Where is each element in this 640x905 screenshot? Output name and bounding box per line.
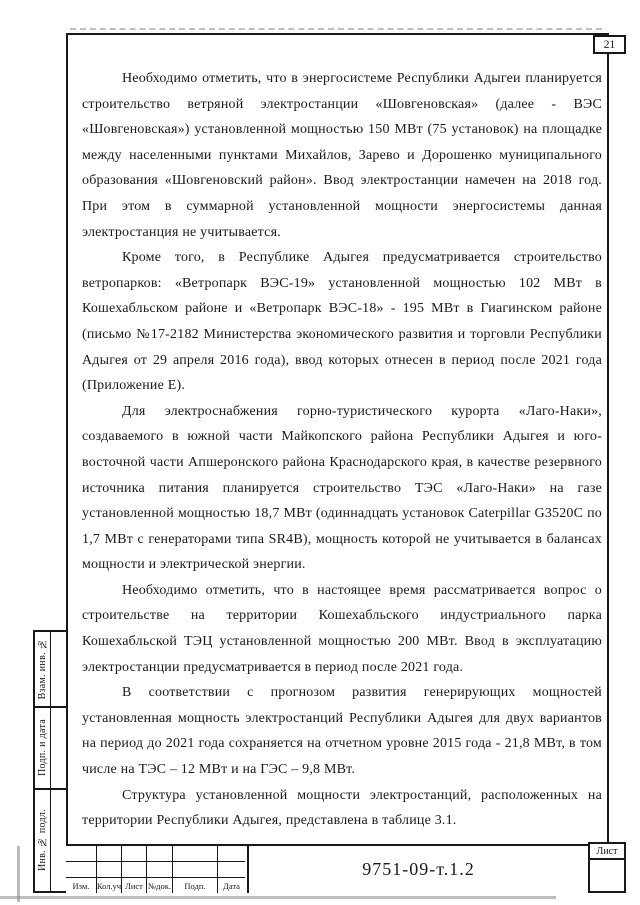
rev-col-list: Лист	[122, 846, 147, 893]
strip-label-col: Инв. № подл.	[35, 790, 51, 891]
revision-table: Изм. Кол.уч Лист №док. Подп. Дата	[66, 844, 247, 893]
strip-cell-podp-data: Подп. и дата	[35, 708, 66, 790]
document-text: Необходимо отметить, что в энергосистеме…	[82, 66, 602, 834]
strip-label-inv-podl: Инв. № подл.	[37, 809, 48, 871]
rev-label-ndok: №док.	[147, 878, 172, 893]
rev-col-podp: Подп.	[173, 846, 218, 893]
strip-cell-vzam-inv: Взам. инв. №	[35, 632, 66, 708]
page-number: 21	[604, 39, 616, 51]
rev-empty-cell	[66, 846, 96, 862]
sheet-label: Лист	[590, 844, 624, 860]
strip-value-cell	[51, 708, 66, 788]
scan-artifact-left-edge	[17, 846, 20, 902]
strip-label-vzam-inv: Взам. инв. №	[37, 638, 48, 699]
doc-number: 9751-09-т.1.2	[362, 859, 475, 880]
rev-empty-cell	[66, 862, 96, 878]
left-attribute-strip: Взам. инв. № Подп. и дата Инв. № подл.	[33, 630, 68, 893]
rev-empty-cell	[122, 862, 146, 878]
paragraph-wind-parks: Кроме того, в Республике Адыгея предусма…	[82, 245, 602, 399]
rev-col-koluch: Кол.уч	[97, 846, 122, 893]
strip-value-cell	[51, 632, 66, 706]
sheet-number-cell	[590, 860, 624, 891]
scan-artifact-bottom-edge	[0, 896, 556, 899]
rev-empty-cell	[122, 846, 146, 862]
strip-label-col: Взам. инв. №	[35, 632, 51, 706]
rev-label-izm: Изм.	[66, 878, 96, 893]
paragraph-lago-naki: Для электроснабжения горно-туристическог…	[82, 399, 602, 578]
strip-value-cell	[51, 790, 66, 891]
rev-label-list: Лист	[122, 878, 146, 893]
doc-number-cell: 9751-09-т.1.2	[247, 844, 588, 893]
strip-cell-inv-podl: Инв. № подл.	[35, 790, 66, 891]
strip-label-col: Подп. и дата	[35, 708, 51, 788]
strip-label-podp-data: Подп. и дата	[37, 719, 48, 776]
rev-empty-cell	[147, 846, 172, 862]
rev-label-data: Дата	[218, 878, 245, 893]
rev-label-koluch: Кол.уч	[97, 878, 121, 893]
paragraph-wind-station: Необходимо отметить, что в энергосистеме…	[82, 66, 602, 245]
paragraph-koshekhabl-tec: Необходимо отметить, что в настоящее вре…	[82, 578, 602, 680]
rev-label-podp: Подп.	[173, 878, 217, 893]
paragraph-table-reference: Структура установленной мощности электро…	[82, 783, 602, 834]
rev-col-ndok: №док.	[147, 846, 173, 893]
scan-artifact-top-edge	[70, 28, 602, 30]
paragraph-capacity-forecast: В соответствии с прогнозом развития гене…	[82, 680, 602, 782]
rev-empty-cell	[218, 846, 245, 862]
scanned-document-page: 21 Необходимо отметить, что в энергосист…	[0, 0, 640, 905]
rev-empty-cell	[147, 862, 172, 878]
page-number-box: 21	[593, 35, 626, 54]
rev-empty-cell	[97, 862, 121, 878]
sheet-box: Лист	[588, 842, 626, 893]
rev-empty-cell	[218, 862, 245, 878]
rev-empty-cell	[97, 846, 121, 862]
rev-col-izm: Изм.	[66, 846, 97, 893]
rev-empty-cell	[173, 862, 217, 878]
rev-empty-cell	[173, 846, 217, 862]
rev-col-data: Дата	[218, 846, 245, 893]
